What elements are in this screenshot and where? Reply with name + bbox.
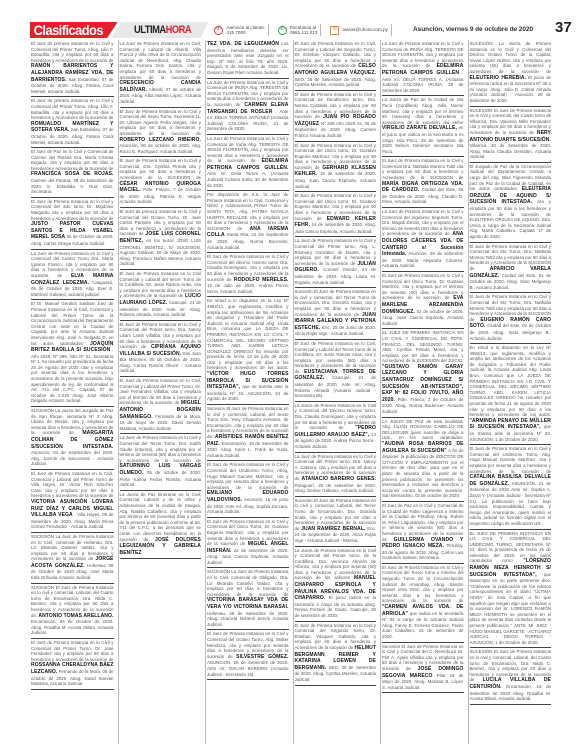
- notice-intro: El Juez de Primera Instancia en lo Civil…: [207, 462, 289, 489]
- legal-notice: SUCESIÓN: La Jueza de Primera Instancia …: [470, 40, 552, 107]
- legal-notice: La Juez de Primera Instancia en lo Civil…: [207, 79, 289, 135]
- legal-notice: La Juez de Primera Instancia en lo Civil…: [207, 135, 289, 191]
- legal-notice: El Juez de primera instancia en lo Civil…: [31, 40, 114, 97]
- legal-notice: La Jueza de Primera Instancia en lo Civi…: [295, 402, 377, 453]
- legal-notice: La Juez de Primera Instancia en lo Civil…: [382, 40, 464, 96]
- legal-notice: La Jueza de Paz de la ciudad de Isla Puc…: [382, 96, 464, 157]
- legal-notice: El Juez de Primera Instancia en lo Civil…: [295, 91, 377, 142]
- notice-outro: Paraguarí, 25 de setiembre de 2020. Abog…: [295, 483, 377, 494]
- column-1: El Juez de primera instancia en lo Civil…: [30, 40, 115, 744]
- legal-notice: El Juez de Primera Instancia en lo Civil…: [382, 272, 464, 329]
- legal-notice: Sucesión El Juez de Primera Instancia en…: [295, 497, 377, 547]
- notice-intro: LA JUEZA DE PAZ de esta localidad, Abg. …: [382, 419, 464, 441]
- notice-outro: cita y emplaza por 60 días a los hereder…: [470, 199, 552, 239]
- notice-intro: El Juez de Primera Instancia en lo Civil…: [382, 158, 464, 180]
- legal-notice: El Juez de Primera Instancia en lo Civil…: [382, 564, 464, 643]
- whatsapp-icon: ✆: [278, 26, 287, 35]
- legal-notice: Sucesión El Juez de Primera Instancia en…: [382, 643, 464, 694]
- legal-notice: EL JUEZ DE PRIMERA INSTANCIA EN LO CIVIL…: [470, 530, 552, 649]
- notice-name: FRANCISCA SOSA DE ROJAS.: [31, 171, 114, 177]
- legal-notice: El Juez de Primera Instancia en lo Civil…: [470, 445, 552, 529]
- legal-notice: El Dr. Manuel Geraldo Saldivar Juez de P…: [31, 300, 114, 407]
- contact-whatsapp: ✆ Escribinos al0981 111 013: [278, 25, 317, 36]
- envelope-icon: ✉: [330, 26, 339, 35]
- legal-notice: LA JUEZA DE PAZ de esta localidad, Abg. …: [382, 418, 464, 502]
- legal-notice: El Juez de Primera Instancia en lo Civil…: [31, 470, 114, 533]
- legal-notice: La Jueza de Paz Itinerante en lo Civil, …: [120, 491, 202, 560]
- page-number: 37: [555, 19, 572, 36]
- legal-notice: El Juez de Primera Instancia en lo Civil…: [120, 321, 202, 377]
- notice-intro: La Juez de Primera Instancia en lo Civil…: [120, 435, 202, 462]
- notice-name: TEZ VDA. DE LEGUIZAMÓN: [207, 41, 279, 47]
- legal-notice: El Juez de Primera Instancia en lo Civil…: [470, 293, 552, 344]
- logo-ultima: ULTIMA: [134, 24, 166, 36]
- legal-notice: El Juez de Primera Instancia en lo Civil…: [295, 40, 377, 91]
- legal-notice: El Juez de Primera Instancia en lo Civil…: [207, 253, 289, 297]
- notice-outro: ASUNCIÓN, 21 de Setiembre de 2020 Ante m…: [470, 481, 552, 526]
- notice-outro: A fin de disponer la publicación de EDIC…: [382, 448, 464, 499]
- divider: [391, 24, 392, 36]
- legal-notice: SUCESIÓN El Juez de Primera Instancia en…: [470, 107, 552, 163]
- legal-notice: SUCESIÓN El Juez de Primera Instancia en…: [31, 584, 114, 639]
- classifieds-columns: El Juez de primera instancia en lo Civil…: [30, 40, 552, 744]
- column-2: La Juez de Primera Instancia en lo Civil…: [118, 40, 203, 744]
- legal-notice: EL JUEZ DE PRIMERA INSTANCIA EN LO CIVIL…: [382, 329, 464, 417]
- notice-intro: El Juez de Primera Instancia en lo Civil…: [382, 565, 464, 604]
- legal-notice: La Juez de Primera Instancia en lo Civil…: [295, 237, 377, 288]
- notice-intro: El Juez de Primera Instancia en lo Civil…: [31, 199, 114, 221]
- legal-notice: La Juez de Primera Instancia en lo Civil…: [120, 434, 202, 490]
- legal-notice: Sucesión El Juez de Primera Instancia en…: [207, 405, 289, 461]
- legal-notice: La Juez de Primera Instancia en lo Civil…: [31, 250, 114, 301]
- divider: [268, 24, 269, 36]
- legal-notice: SUCESIÓN El Juez de Primera Instancia en…: [470, 648, 552, 704]
- legal-notice: El Juez de Primera Instancia en lo Civil…: [207, 630, 289, 680]
- notice-outro: Villarrica, 30 de Setiembre de 2020. Abo…: [470, 143, 552, 159]
- legal-notice: El Juez de Primera Instancia en lo Civil…: [31, 198, 114, 250]
- notice-intro: La Jueza de Paz de la ciudad de Isla Puc…: [382, 97, 464, 124]
- legal-notice: El Juez de Primera Instancia en lo Civil…: [120, 108, 202, 158]
- phone-icon: ✆: [214, 26, 223, 35]
- column-4: El Juez de Primera Instancia en lo Civil…: [293, 40, 378, 744]
- notice-intro: El Dr. Manuel Geraldo Saldivar Juez de P…: [31, 301, 114, 345]
- legal-notice: Sucesión El Juez de Primera Instancia en…: [295, 288, 377, 340]
- notice-intro: En virtud a lo dispuesto en la Ley Nº 49…: [207, 298, 289, 370]
- phone-number[interactable]: 415 7000: [226, 30, 245, 35]
- notice-outro: 15 de Julio de 2020. Andrea Porcio Serra…: [207, 283, 289, 294]
- column-3: TEZ VDA. DE LEGUIZAMÓN Los derechos here…: [205, 40, 290, 744]
- legal-notice: La Juez de Primera Instancia en lo Civil…: [295, 453, 377, 497]
- page-header: Clasificados ULTIMAHORA ✆ Atención al cl…: [30, 22, 580, 38]
- legal-notice: El Juez de Primera Instancia en lo Civil…: [207, 461, 289, 517]
- notice-outro: Encarnación, 18 de Setiembre de 2020. Ab…: [207, 441, 289, 458]
- notice-name: "ARMINDA PENAYO DE MÜLLER S/ SUCESIÓN IN…: [470, 418, 552, 431]
- notice-intro: En virtud a lo dispuesto en la Ley Nº 49…: [470, 345, 552, 417]
- notice-outro: Asunción, 06 de octubre de 2020. Abg. Ro…: [120, 143, 202, 154]
- legal-notice: El Juez de Primera Instancia en lo Civil…: [31, 639, 114, 690]
- notice-name: JUAN RAMÍREZ BERNAL.: [301, 526, 365, 532]
- notice-name: VICTORINA BARASAY VDA DE VERA Y/O VICTOR…: [207, 597, 289, 610]
- legal-notice: El Juez de Paz en lo Civil y Comercial d…: [382, 502, 464, 564]
- legal-notice: Por disposición de S.S. la Juez de Prime…: [207, 191, 289, 253]
- contact-phone: ✆ Atención al cliente:415 7000: [214, 25, 265, 36]
- whatsapp-label: Escribinos al: [290, 25, 316, 30]
- notice-outro: Hohenau, 28 de Setiembre de 2020. Abog. …: [207, 611, 289, 627]
- notice-intro: El Juez de primera instancia en lo Civil…: [31, 41, 114, 63]
- legal-notice: La Juez de Primera Instancia en lo Civil…: [382, 208, 464, 272]
- legal-notice: El Juez de primera instancia en lo Civil…: [31, 97, 114, 148]
- notice-outro: , Año 2020, Nº 289, folio Nº 31, Secreta…: [31, 347, 114, 403]
- notice-name: ROBERTO LEZCANO RIBEIRO.: [120, 137, 202, 143]
- notice-outro: SEO, 25 de Setiembre de 2020. Abog. Cynt…: [295, 77, 377, 88]
- column-5: La Juez de Primera Instancia en lo Civil…: [380, 40, 465, 744]
- notice-intro: La Juez de Primera Instancia en lo Civil…: [120, 41, 202, 80]
- notice-name: VIRGILIO ZARATE DELVALLE,: [382, 125, 457, 131]
- notice-outro: Carmen del Paraná, 28 de Setiembre de 20…: [31, 178, 114, 194]
- section-title: Clasificados: [30, 22, 118, 38]
- email-link[interactable]: avisos@uhora.com.py: [342, 27, 388, 33]
- notice-intro: El Juez de Primera Instancia en lo Civil…: [382, 273, 464, 300]
- notice-intro: El Juez de Primera Instancia en lo Civil…: [31, 471, 114, 498]
- legal-notice: En virtud a lo dispuesto en la Ley Nº 49…: [207, 297, 289, 405]
- legal-notice: TEZ VDA. DE LEGUIZAMÓN Los derechos here…: [207, 40, 289, 79]
- legal-notice: El Juez de Primera Instancia en lo Civil…: [295, 192, 377, 237]
- legal-notice: La Jueza de Primera Instancia en lo Civi…: [295, 547, 377, 622]
- legal-notice: El Juez de Primera Instancia en lo Civil…: [295, 622, 377, 686]
- notice-intro: El Juez de Primera Instancia en lo Civil…: [31, 640, 114, 662]
- notice-intro: SUCESIÓN: La Jueza de Primera Instancia …: [470, 41, 552, 74]
- legal-notice: El Juzgado de Paz de la Circunscripción …: [470, 163, 552, 243]
- column-6: SUCESIÓN: La Jueza de Primera Instancia …: [468, 40, 553, 744]
- legal-notice: En virtud a lo dispuesto en la Ley Nº 49…: [470, 344, 552, 445]
- notice-outro: que transcripto en su parte pertinente d…: [470, 572, 552, 645]
- notice-intro: El Juez de primera instancia en lo Civil…: [31, 98, 114, 120]
- notice-intro: EL JUEZ DE PRIMERA INSTANCIA EN LO CIVIL…: [382, 330, 464, 363]
- legal-notice: El Juez de Primera Instancia en lo Civil…: [470, 243, 552, 294]
- legal-notice: SUCESIÓN La Jueza del Juzgado de Paz de …: [31, 407, 114, 470]
- logo-hora: HORA: [166, 24, 192, 36]
- legal-notice: SUCESIÓN La Juez de Primera Instancia en…: [31, 533, 114, 584]
- legal-notice: El Juez de Primera Instancia en lo Civil…: [120, 377, 202, 434]
- legal-notice: El Juez de primera Instancia en lo Civil…: [120, 208, 202, 270]
- notice-intro: El Juez de Primera Instancia en lo Civil…: [120, 109, 202, 136]
- notice-name: ANTONIO TOMAS ARELLANO.: [38, 613, 113, 619]
- notice-name: ELEUTERIO HEREBIA.: [470, 75, 527, 81]
- newspaper-logo: ULTIMAHORA: [111, 22, 208, 38]
- legal-notice: El Juez de Paz en lo Civil y Comercial d…: [31, 148, 114, 198]
- whatsapp-number[interactable]: 0981 111 013: [290, 30, 317, 35]
- notice-outro: Ante mí: Delia Torres A. (Actuaria Judic…: [207, 171, 289, 187]
- notice-intro: El Juez de Primera Instancia en lo Civil…: [470, 446, 552, 473]
- notice-name: ATANACIO BAREIRO GENES.: [302, 476, 376, 482]
- notice-intro: El Juez de Paz en lo Civil y Comercial d…: [31, 149, 114, 171]
- notice-intro: El Juez de Primera Instancia en lo Civil…: [120, 158, 202, 180]
- legal-notice: El Juez de Primera Instancia en lo Civil…: [295, 142, 377, 193]
- notice-outro: Asunción, 04 de Septiembre del 2020. Abg…: [31, 450, 114, 466]
- notice-name: RODOLFO MERELES.: [234, 277, 289, 283]
- phone-label: Atención al cliente:: [226, 25, 265, 30]
- legal-notice: El Juez de Primera Instancia en lo Civil…: [120, 157, 202, 208]
- notice-outro: Encarnación, 06 de Octubre de 2020. Abog…: [31, 619, 114, 635]
- legal-notice: La Juez de Primera Instancia en lo Civil…: [120, 40, 202, 108]
- divider: [320, 24, 321, 36]
- notice-outro: ASUNCIÓN, 25 de Setiembre de 2020. Ante …: [207, 660, 289, 676]
- notice-intro: La Jueza de Paz Itinerante en lo Civil, …: [120, 492, 202, 542]
- notice-outro: Pdte. Franco, 2 de Octubre de 2020. Abog…: [382, 397, 464, 414]
- legal-notice: SUCESIÓN La Juez de Primera Instancia en…: [207, 568, 289, 630]
- notice-name: SILVESTRE GÓMEZ.: [236, 654, 288, 660]
- logo-text: ULTIMAHORA: [134, 24, 191, 36]
- dateline: Asunción, viernes 9 de octubre de 2020: [413, 22, 533, 38]
- legal-notice: El Juez de Primera Instancia en lo Civil…: [295, 340, 377, 402]
- legal-notice: El Juez de Primera Instancia en lo Civil…: [120, 270, 202, 321]
- legal-notice: El Juez de Primera Instancia en lo Civil…: [382, 157, 464, 208]
- contact-email: ✉ avisos@uhora.com.py: [330, 26, 388, 35]
- notice-intro: SUCESIÓN La Juez de Primera Instancia en…: [207, 569, 289, 596]
- legal-notice: El Juez de Primera Instancia en lo Civil…: [207, 518, 289, 569]
